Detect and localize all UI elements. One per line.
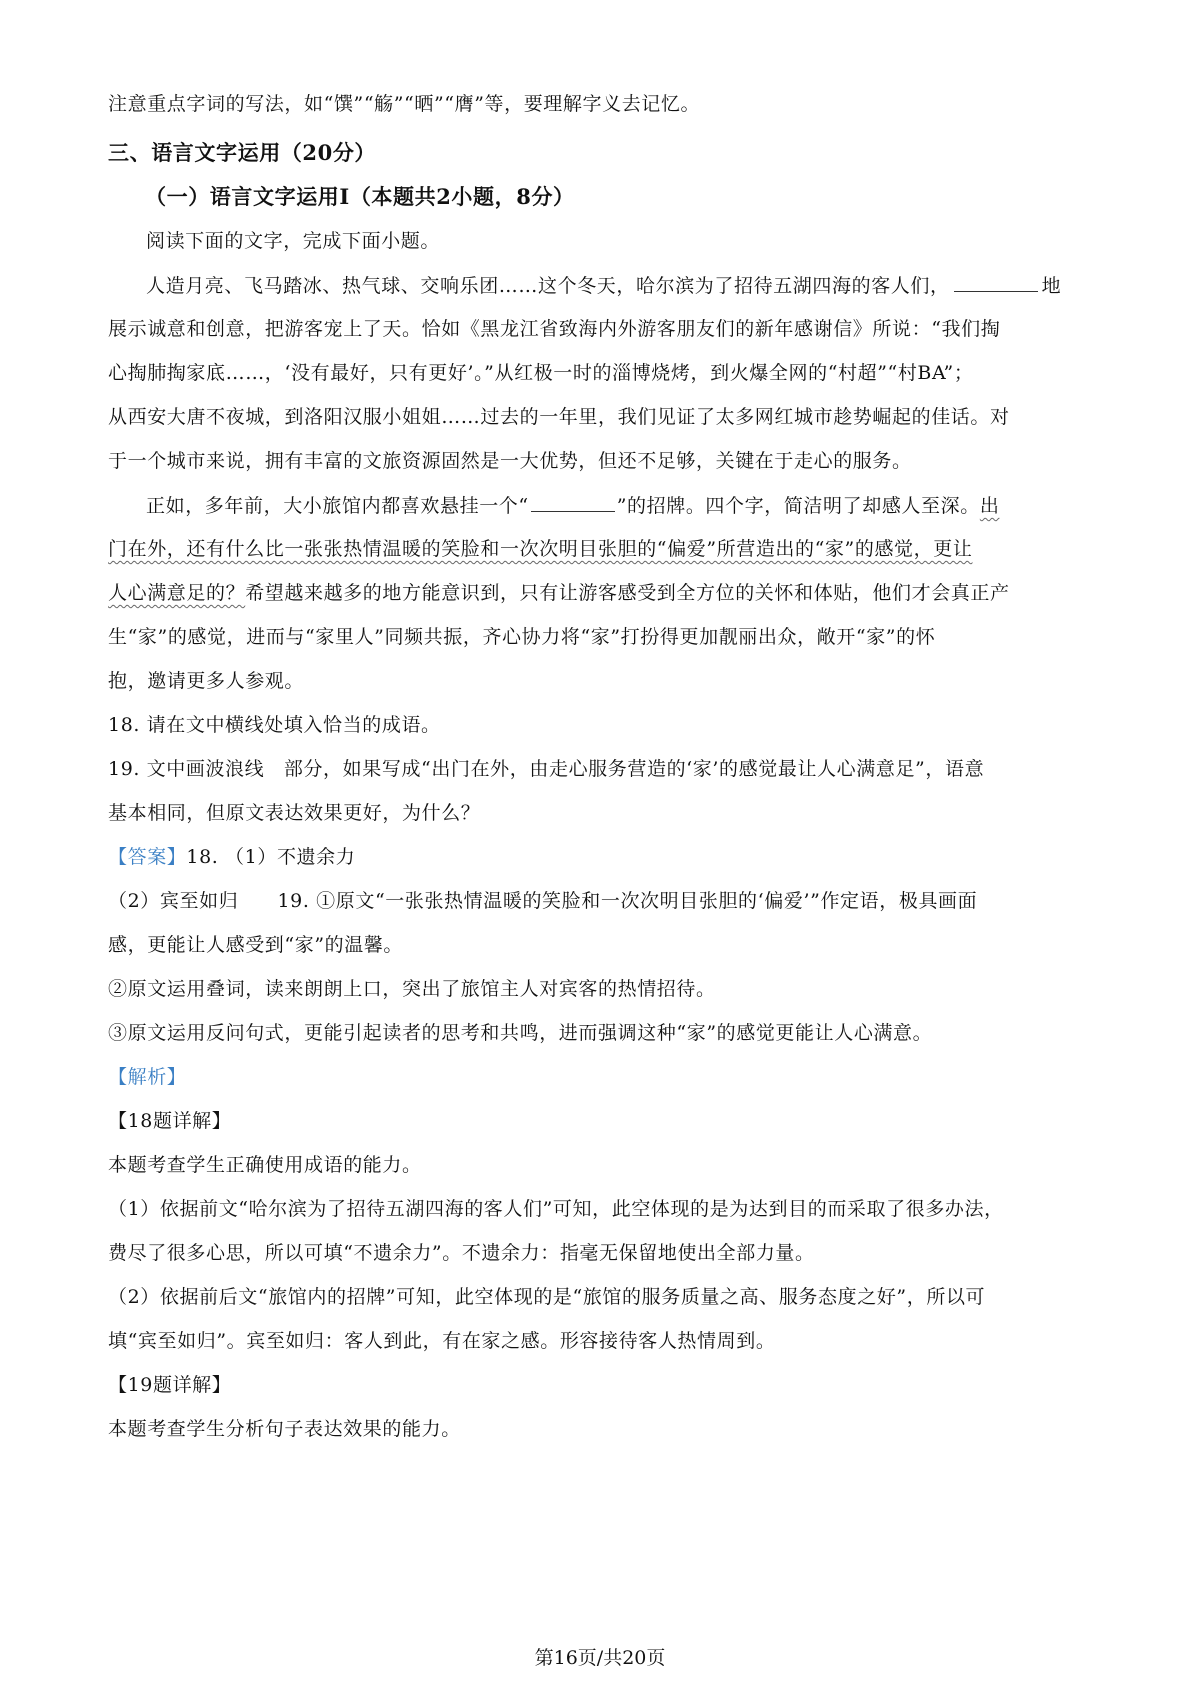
passage-p2-line1: 正如，多年前，大小旅馆内都喜欢悬挂一个“”的招牌。四个字，简洁明了却感人至深。出 — [146, 493, 1136, 518]
analysis-q18-line1: 本题考查学生正确使用成语的能力。 — [108, 1153, 1098, 1177]
analysis-q18-line5: 填“宾至如归”。宾至如归：客人到此，有在家之感。形容接待客人热情周到。 — [108, 1329, 1098, 1353]
answer-line2: （2）宾至如归 19. ①原文“一张张热情温暖的笑脸和一次次明目张胆的‘偏爱’”… — [108, 889, 1098, 913]
answer-line1: 【答案】18. （1）不遗余力 — [108, 845, 1098, 869]
passage-p1-line1: 人造月亮、飞马踏冰、热气球、交响乐团……这个冬天，哈尔滨为了招待五湖四海的客人们… — [146, 273, 1101, 298]
wavy-underlined-text: 门在外，还有什么比一张张热情温暖的笑脸和一次次明目张胆的“偏爱”所营造出的“家”… — [108, 538, 972, 560]
passage-text: 人造月亮、飞马踏冰、热气球、交响乐团……这个冬天，哈尔滨为了招待五湖四海的客人们… — [146, 275, 950, 297]
page-number-footer: 第16页/共20页 — [0, 1646, 1200, 1670]
passage-p2-line5: 抱，邀请更多人参观。 — [108, 669, 1098, 693]
passage-p1-line2: 展示诚意和创意，把游客宠上了天。恰如《黑龙江省致海内外游客朋友们的新年感谢信》所… — [108, 317, 1098, 341]
passage-p2-line2: 门在外，还有什么比一张张热情温暖的笑脸和一次次明目张胆的“偏爱”所营造出的“家”… — [108, 537, 1098, 561]
passage-p2-line4: 生“家”的感觉，进而与“家里人”同频共振，齐心协力将“家”打扮得更加靓丽出众，敞… — [108, 625, 1098, 649]
answer-line4: ②原文运用叠词，读来朗朗上口，突出了旅馆主人对宾客的热情招待。 — [108, 977, 1098, 1001]
analysis-tag: 【解析】 — [108, 1065, 1098, 1089]
passage-text: 正如，多年前，大小旅馆内都喜欢悬挂一个“ — [146, 495, 529, 517]
subsection-heading: （一）语言文字运用Ⅰ（本题共2小题，8分） — [145, 185, 1135, 209]
answer-line3: 感，更能让人感受到“家”的温馨。 — [108, 933, 1098, 957]
analysis-q18-line3: 费尽了很多心思，所以可填“不遗余力”。不遗余力：指毫无保留地使出全部力量。 — [108, 1241, 1098, 1265]
document-page: 注意重点字词的写法，如“馔”“觞”“晒”“膺”等，要理解字义去记忆。 三、语言文… — [0, 0, 1200, 1698]
fill-blank-2 — [531, 493, 615, 512]
instruction-text: 阅读下面的文字，完成下面小题。 — [146, 229, 1136, 253]
question-19-line1: 19. 文中画波浪线 部分，如果写成“出门在外，由走心服务营造的‘家’的感觉最让… — [108, 757, 1098, 781]
section-heading: 三、语言文字运用（20分） — [108, 141, 1098, 165]
analysis-q19-line1: 本题考查学生分析句子表达效果的能力。 — [108, 1417, 1098, 1441]
wavy-underlined-text: 人心满意足的？ — [108, 582, 245, 604]
passage-p2-line3: 人心满意足的？希望越来越多的地方能意识到，只有让游客感受到全方位的关怀和体贴，他… — [108, 581, 1098, 605]
passage-p1-line3: 心掏肺掏家底……，‘没有最好，只有更好’。”从红极一时的淄博烧烤，到火爆全网的“… — [108, 361, 1098, 385]
wavy-underlined-text: 出 — [980, 495, 1000, 517]
passage-p1-line5: 于一个城市来说，拥有丰富的文旅资源固然是一大优势，但还不足够，关键在于走心的服务… — [108, 449, 1098, 473]
question-18: 18. 请在文中横线处填入恰当的成语。 — [108, 713, 1098, 737]
answer-tag: 【答案】 — [108, 846, 186, 868]
analysis-q18-line2: （1）依据前文“哈尔滨为了招待五湖四海的客人们”可知，此空体现的是为达到目的而采… — [108, 1197, 1098, 1221]
passage-p1-line4: 从西安大唐不夜城，到洛阳汉服小姐姐……过去的一年里，我们见证了太多网红城市趁势崛… — [108, 405, 1098, 429]
answer-text: 18. （1）不遗余力 — [186, 846, 355, 868]
answer-line5: ③原文运用反问句式，更能引起读者的思考和共鸣，进而强调这种“家”的感觉更能让人心… — [108, 1021, 1098, 1045]
passage-text: 希望越来越多的地方能意识到，只有让游客感受到全方位的关怀和体贴，他们才会真正产 — [245, 582, 1009, 604]
passage-text: ”的招牌。四个字，简洁明了却感人至深。 — [617, 495, 980, 517]
analysis-q18-line4: （2）依据前后文“旅馆内的招牌”可知，此空体现的是“旅馆的服务质量之高、服务态度… — [108, 1285, 1098, 1309]
analysis-q18-heading: 【18题详解】 — [108, 1109, 1098, 1133]
intro-note: 注意重点字词的写法，如“馔”“觞”“晒”“膺”等，要理解字义去记忆。 — [108, 92, 1098, 116]
question-19-line2: 基本相同，但原文表达效果更好，为什么？ — [108, 801, 1098, 825]
passage-text: 地 — [1042, 275, 1062, 297]
analysis-q19-heading: 【19题详解】 — [108, 1373, 1098, 1397]
fill-blank-1 — [954, 273, 1038, 292]
